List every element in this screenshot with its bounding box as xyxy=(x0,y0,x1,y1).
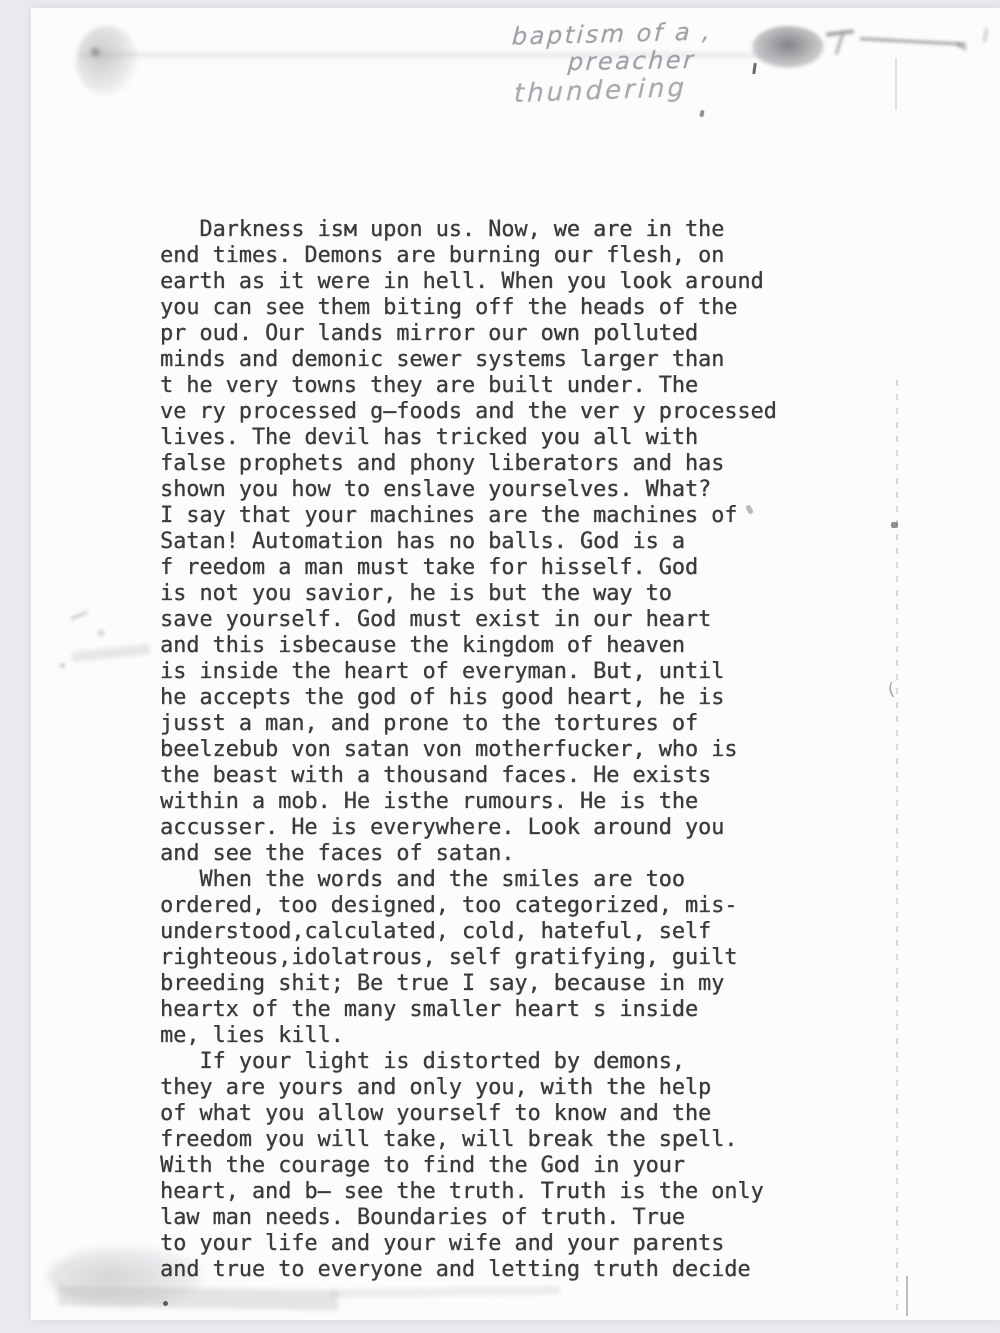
typed-line-13: Satan! Automation has no balls. God is a xyxy=(160,529,777,555)
handwritten-annotation-line2: preacher xyxy=(567,46,697,76)
typed-line-32: me, lies kill. xyxy=(160,1023,777,1049)
typed-line-6: minds and demonic sewer systems larger t… xyxy=(160,347,777,373)
paper-crease-line xyxy=(896,380,898,1318)
typed-line-1: Darkness isм upon us. Now, we are in the xyxy=(160,217,777,243)
scan-backdrop: ( baptism of a , preacher thundering Dar… xyxy=(0,0,1000,1333)
typed-line-21: beelzebub von satan von motherfucker, wh… xyxy=(160,737,777,763)
typed-line-2: end times. Demons are burning our flesh,… xyxy=(160,243,777,269)
typed-line-41: and true to everyone and letting truth d… xyxy=(160,1257,777,1283)
margin-dot xyxy=(60,663,65,668)
typed-line-36: freedom you will take, will break the sp… xyxy=(160,1127,777,1153)
typed-line-23: within a mob. He isthe rumours. He is th… xyxy=(160,789,777,815)
handwritten-annotation-line3: thundering xyxy=(514,73,688,109)
typed-line-18: is inside the heart of everyman. But, un… xyxy=(160,659,777,685)
smudge-top-left xyxy=(76,26,138,96)
typed-line-3: earth as it were in hell. When you look … xyxy=(160,269,777,295)
typed-line-28: understood,calculated, cold, hateful, se… xyxy=(160,919,777,945)
typed-line-19: he accepts the god of his good heart, he… xyxy=(160,685,777,711)
typed-line-33: If your light is distorted by demons, xyxy=(160,1049,777,1075)
typed-line-7: t he very towns they are built under. Th… xyxy=(160,373,777,399)
typed-line-4: you can see them biting off the heads of… xyxy=(160,295,777,321)
typed-line-10: false prophets and phony liberators and … xyxy=(160,451,777,477)
typed-line-16: save yourself. God must exist in our hea… xyxy=(160,607,777,633)
typed-line-37: With the courage to find the God in your xyxy=(160,1153,777,1179)
typed-line-15: is not you savior, he is but the way to xyxy=(160,581,777,607)
typed-line-9: lives. The devil has tricked you all wit… xyxy=(160,425,777,451)
typed-line-25: and see the faces of satan. xyxy=(160,841,777,867)
typed-line-39: law man needs. Boundaries of truth. True xyxy=(160,1205,777,1231)
typed-line-24: accusser. He is everywhere. Look around … xyxy=(160,815,777,841)
typed-line-30: breeding shit; Be true I say, because in… xyxy=(160,971,777,997)
typed-line-5: pr oud. Our lands mirror our own pollute… xyxy=(160,321,777,347)
typed-line-35: of what you allow yourself to know and t… xyxy=(160,1101,777,1127)
typed-line-38: heart, and b̶ see the truth. Truth is th… xyxy=(160,1179,777,1205)
typed-line-27: ordered, too designed, too categorized, … xyxy=(160,893,777,919)
typed-line-14: f reedom a man must take for hisself. Go… xyxy=(160,555,777,581)
typed-line-34: they are yours and only you, with the he… xyxy=(160,1075,777,1101)
margin-pencil-mark xyxy=(96,629,106,637)
typed-line-31: heartx of the many smaller heart s insid… xyxy=(160,997,777,1023)
bottom-speck xyxy=(163,1301,168,1306)
typed-line-17: and this isbecause the kingdom of heaven xyxy=(160,633,777,659)
bottom-vertical-mark xyxy=(906,1276,908,1316)
crease-speck xyxy=(891,522,898,528)
faint-vertical-mark xyxy=(895,58,897,110)
typed-line-20: jusst a man, and prone to the tortures o… xyxy=(160,711,777,737)
typed-line-8: ve ry processed g̶foods and the ver y pr… xyxy=(160,399,777,425)
typed-text: Darkness isм upon us. Now, we are in the… xyxy=(160,217,777,1283)
typed-line-12: I say that your machines are the machine… xyxy=(160,503,777,529)
typed-line-26: When the words and the smiles are too xyxy=(160,867,777,893)
typed-line-29: righteous,idolatrous, self gratifying, g… xyxy=(160,945,777,971)
typed-line-22: the beast with a thousand faces. He exis… xyxy=(160,763,777,789)
typed-line-11: shown you how to enslave yourselves. Wha… xyxy=(160,477,777,503)
eraser-smudge xyxy=(752,26,824,68)
typed-line-40: to your life and your wife and your pare… xyxy=(160,1231,777,1257)
